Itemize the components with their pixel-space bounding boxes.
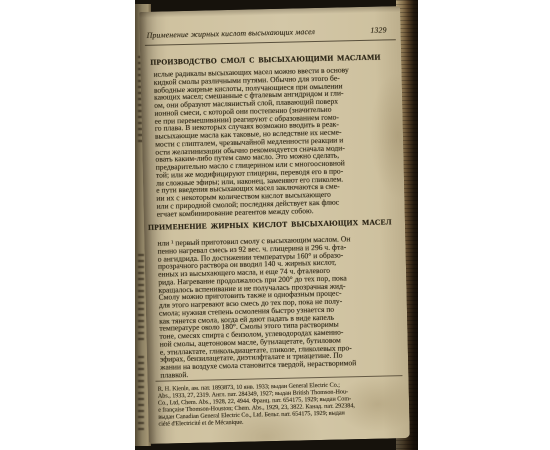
section-heading-application: ПРИМЕНЕНИЕ ЖИРНЫХ КИСЛОТ ВЫСЫХАЮЩИХ МАСЕ… xyxy=(148,217,392,232)
paragraph-application: нли ¹ первый приготовил смолу с высыхающ… xyxy=(157,234,403,379)
book-page: Применение жирных кислот высыхающих масе… xyxy=(139,6,410,444)
gutter-text-smudge xyxy=(138,356,144,434)
page-number: 1329 xyxy=(370,25,386,34)
screenshot-stage: Применение жирных кислот высыхающих масе… xyxy=(0,0,550,450)
gutter-text-smudge xyxy=(138,254,144,344)
running-header-title: Применение жирных кислот высыхающих масе… xyxy=(147,27,316,40)
footnote: R. H. Kienle, ам. пат. 1893873, 10 янв. … xyxy=(158,380,410,430)
book-photo: Применение жирных кислот высыхающих масе… xyxy=(135,0,418,450)
running-header: Применение жирных кислот высыхающих масе… xyxy=(147,25,387,39)
paragraph-production: ислые радикалы высыхающих масел можно вв… xyxy=(153,65,399,218)
header-rule xyxy=(145,39,396,46)
section-heading-production: ПРОИЗВОДСТВО СМОЛ С ВЫСЫХАЮЩИМИ МАСЛАМИ xyxy=(150,53,381,67)
